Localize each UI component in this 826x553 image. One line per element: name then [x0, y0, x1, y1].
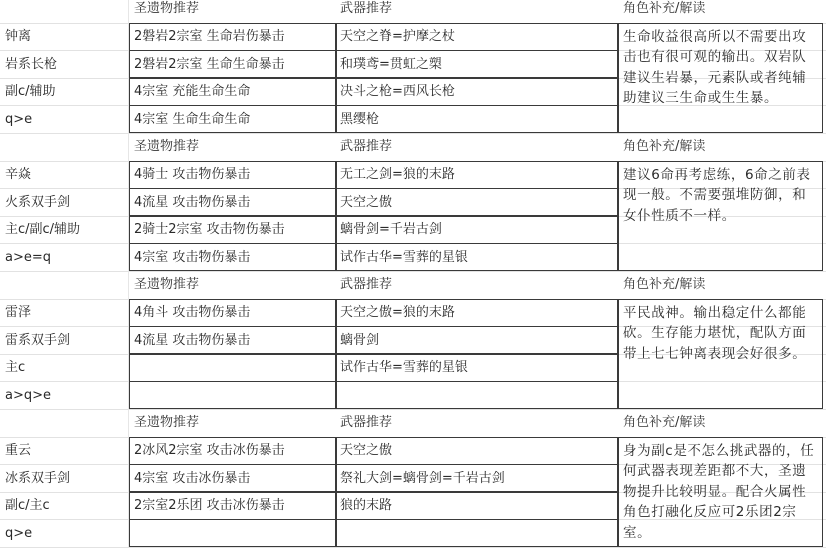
header-weapons[interactable]: 武器推荐: [335, 271, 618, 299]
element-weapon-type[interactable]: 雷系双手剑: [0, 327, 129, 355]
row-divider: [130, 381, 617, 383]
row-divider: [130, 215, 617, 217]
header-artifacts[interactable]: 圣遗物推荐: [129, 409, 335, 437]
role-cell[interactable]: 副c/主c: [0, 492, 129, 520]
header-row: 圣遗物推荐 武器推荐 角色补充/解读: [0, 271, 826, 299]
data-border-box: [129, 299, 618, 409]
header-row: 圣遗物推荐 武器推荐 角色补充/解读: [0, 0, 826, 23]
character-note[interactable]: 平民战神。输出稳定什么都能砍。生存能力堪忧，配队方面带上七七钟离表现会好很多。: [618, 299, 823, 409]
character-block-zhongli: 圣遗物推荐 武器推荐 角色补充/解读 钟离 2磐岩2宗室 生命岩伤暴击 天空之脊…: [0, 0, 826, 138]
row-divider: [130, 464, 617, 466]
role-cell[interactable]: 主c/副c/辅助: [0, 216, 129, 244]
element-weapon-type[interactable]: 冰系双手剑: [0, 465, 129, 493]
data-border-box: [129, 23, 618, 133]
header-row: 圣遗物推荐 武器推荐 角色补充/解读: [0, 409, 826, 437]
row-divider: [130, 326, 617, 328]
character-note[interactable]: 身为副c是不怎么挑武器的，任何武器表现差距都不大，圣遗物提升比较明显。配合火属性…: [618, 437, 823, 547]
character-note[interactable]: 生命收益很高所以不需要出攻击也有很可观的输出。双岩队建议生岩暴，元素队或者纯辅助…: [618, 23, 823, 133]
row-divider: [130, 353, 617, 355]
character-name[interactable]: 辛焱: [0, 161, 129, 189]
row-divider: [130, 519, 617, 521]
header-artifacts[interactable]: 圣遗物推荐: [129, 271, 335, 299]
row-divider: [130, 105, 617, 107]
character-name[interactable]: 钟离: [0, 23, 129, 51]
element-weapon-type[interactable]: 火系双手剑: [0, 189, 129, 217]
header-empty-cell[interactable]: [0, 409, 129, 437]
skill-priority-cell[interactable]: q>e: [0, 106, 129, 134]
header-notes[interactable]: 角色补充/解读: [618, 271, 823, 299]
header-weapons[interactable]: 武器推荐: [335, 0, 618, 23]
element-weapon-type[interactable]: 岩系长枪: [0, 51, 129, 79]
header-empty-cell[interactable]: [0, 0, 129, 23]
character-name[interactable]: 重云: [0, 437, 129, 465]
header-empty-cell[interactable]: [0, 271, 129, 299]
header-empty-cell[interactable]: [0, 133, 129, 161]
header-weapons[interactable]: 武器推荐: [335, 133, 618, 161]
header-artifacts[interactable]: 圣遗物推荐: [129, 133, 335, 161]
data-border-box: [129, 161, 618, 271]
character-name[interactable]: 雷泽: [0, 299, 129, 327]
row-divider: [130, 50, 617, 52]
header-notes[interactable]: 角色补充/解读: [618, 409, 823, 437]
row-divider: [130, 188, 617, 190]
header-row: 圣遗物推荐 武器推荐 角色补充/解读: [0, 133, 826, 161]
header-notes[interactable]: 角色补充/解读: [618, 133, 823, 161]
header-weapons[interactable]: 武器推荐: [335, 409, 618, 437]
role-cell[interactable]: 主c: [0, 354, 129, 382]
row-divider: [130, 491, 617, 493]
character-block-chongyun: 圣遗物推荐 武器推荐 角色补充/解读 重云 2冰风2宗室 攻击冰伤暴击 天空之傲…: [0, 414, 826, 552]
header-artifacts[interactable]: 圣遗物推荐: [129, 0, 335, 23]
character-block-xinyan: 圣遗物推荐 武器推荐 角色补充/解读 辛焱 4骑士 攻击物伤暴击 无工之剑=狼的…: [0, 138, 826, 276]
row-divider: [130, 243, 617, 245]
spreadsheet: 圣遗物推荐 武器推荐 角色补充/解读 钟离 2磐岩2宗室 生命岩伤暴击 天空之脊…: [0, 0, 826, 553]
row-divider: [130, 77, 617, 79]
role-cell[interactable]: 副c/辅助: [0, 78, 129, 106]
character-block-razor: 圣遗物推荐 武器推荐 角色补充/解读 雷泽 4角斗 攻击物伤暴击 天空之傲=狼的…: [0, 276, 826, 414]
data-border-box: [129, 437, 618, 547]
skill-priority-cell[interactable]: a>q>e: [0, 382, 129, 410]
character-note[interactable]: 建议6命再考虑练，6命之前表现一般。不需要强堆防御，和女仆性质不一样。: [618, 161, 823, 271]
skill-priority-cell[interactable]: q>e: [0, 520, 129, 548]
skill-priority-cell[interactable]: a>e=q: [0, 244, 129, 272]
header-notes[interactable]: 角色补充/解读: [618, 0, 823, 23]
gridline: [0, 547, 826, 548]
